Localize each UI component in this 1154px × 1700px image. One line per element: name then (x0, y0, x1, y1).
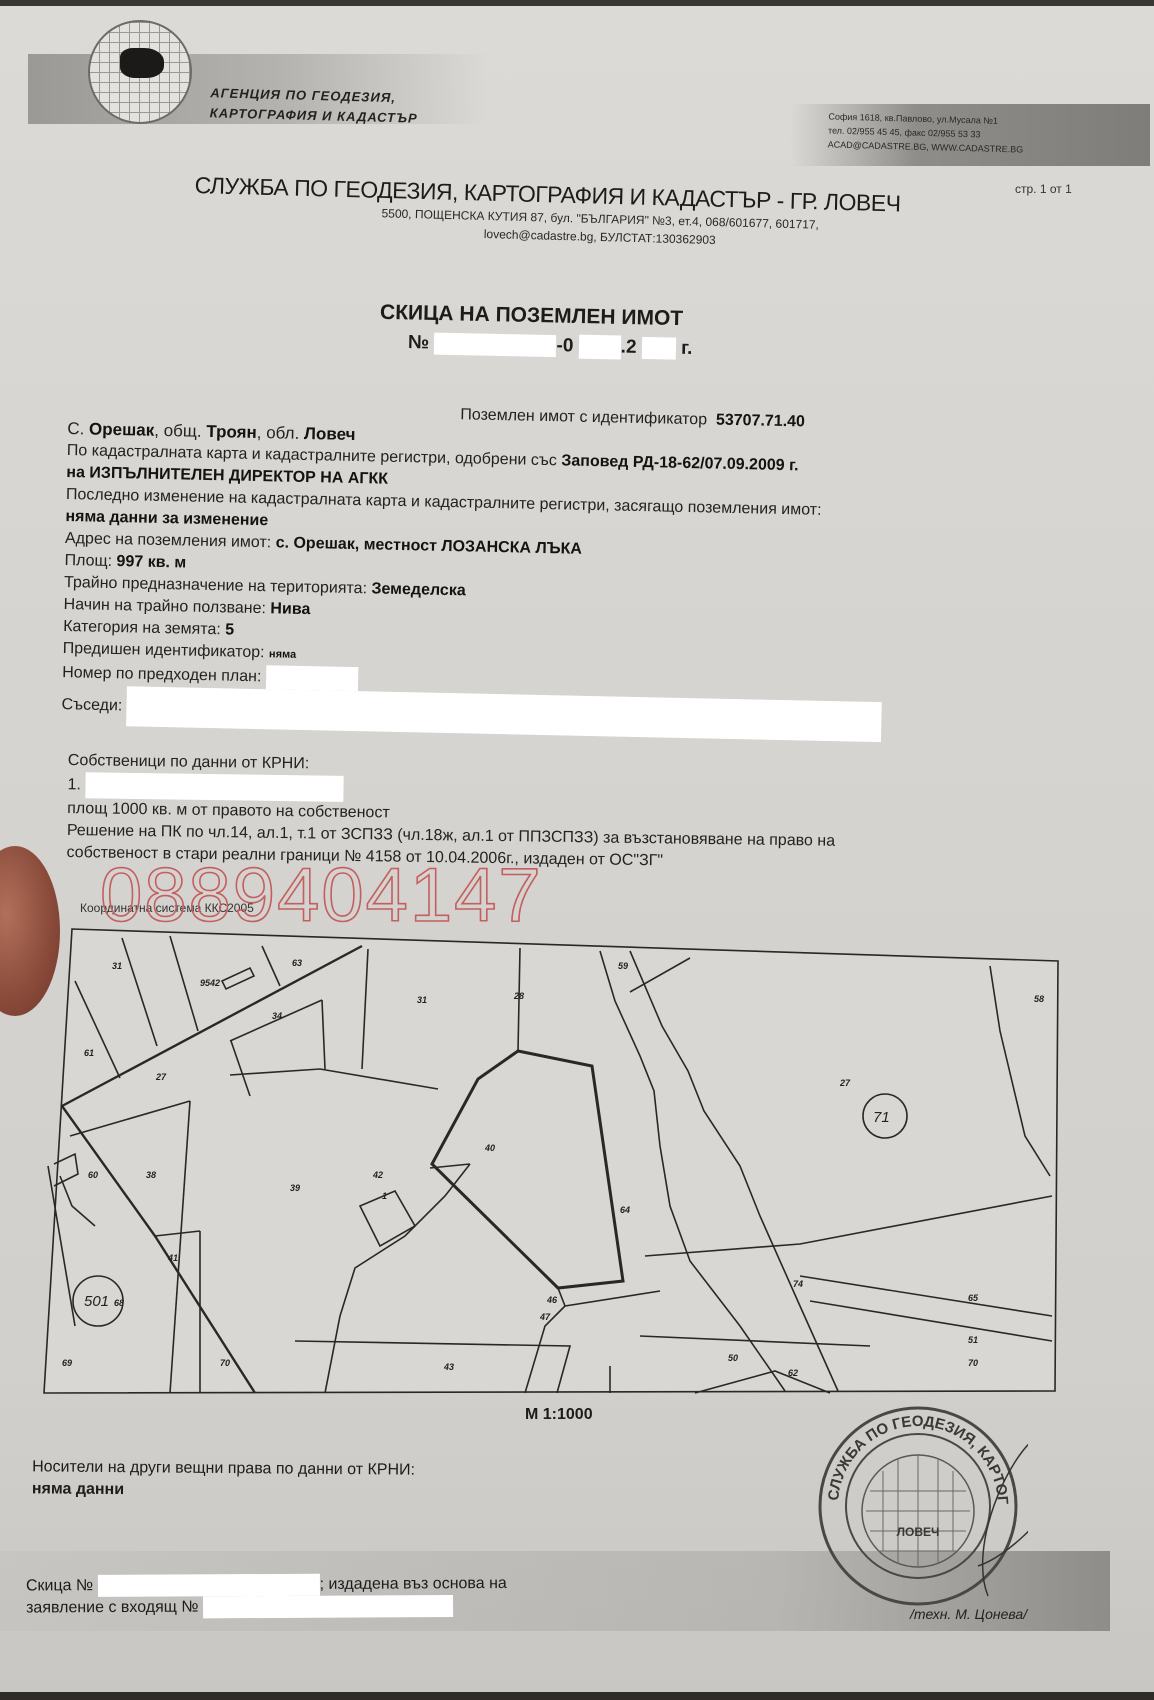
redaction (266, 665, 358, 691)
svg-text:ЛОВЕЧ: ЛОВЕЧ (897, 1525, 940, 1539)
svg-text:27: 27 (839, 1078, 851, 1088)
svg-text:42: 42 (372, 1170, 383, 1180)
signatory: /техн. М. Цонева/ (910, 1606, 1027, 1622)
svg-text:64: 64 (620, 1205, 630, 1215)
svg-text:71: 71 (873, 1109, 890, 1126)
official-stamp: СЛУЖБА ПО ГЕОДЕЗИЯ, КАРТОГРАФИЯ И КАДАСТ… (808, 1396, 1028, 1616)
svg-text:9542: 9542 (200, 978, 220, 988)
sketch-footer: Скица № ; издадена въз основа на заявлен… (26, 1573, 507, 1620)
agency-contact: София 1618, кв.Павлово, ул.Мусала №1 тел… (827, 109, 1024, 156)
redaction (85, 772, 343, 802)
document-number: № -0 .2 г. (408, 331, 693, 361)
svg-text:70: 70 (968, 1358, 978, 1368)
redaction (642, 337, 676, 360)
svg-text:501: 501 (84, 1293, 109, 1310)
svg-text:51: 51 (968, 1335, 978, 1345)
svg-text:40: 40 (484, 1143, 495, 1153)
document-page: АГЕНЦИЯ ПО ГЕОДЕЗИЯ, КАРТОГРАФИЯ И КАДАС… (0, 6, 1154, 1696)
svg-text:39: 39 (290, 1183, 300, 1193)
document-title: СКИЦА НА ПОЗЕМЛЕН ИМОТ (380, 301, 684, 331)
svg-text:74: 74 (793, 1279, 803, 1289)
svg-text:69: 69 (62, 1358, 72, 1368)
svg-text:60: 60 (88, 1170, 98, 1180)
svg-text:47: 47 (539, 1312, 551, 1322)
identifier-value: 53707.71.40 (716, 412, 805, 431)
cadastral-map: 31 9542 63 31 28 59 58 61 27 34 27 38 39… (40, 906, 1070, 1406)
page-indicator: стр. 1 от 1 (1015, 182, 1072, 196)
redaction (203, 1595, 453, 1618)
svg-text:43: 43 (443, 1362, 454, 1372)
svg-text:27: 27 (155, 1072, 167, 1082)
svg-text:61: 61 (84, 1048, 94, 1058)
svg-text:28: 28 (513, 991, 524, 1001)
svg-text:34: 34 (272, 1011, 282, 1021)
map-scale: М 1:1000 (525, 1406, 593, 1424)
other-rights: Носители на други вещни права по данни о… (32, 1456, 415, 1503)
svg-text:38: 38 (146, 1170, 156, 1180)
svg-text:46: 46 (546, 1295, 558, 1305)
svg-text:65: 65 (968, 1293, 979, 1303)
svg-text:58: 58 (1034, 994, 1044, 1004)
redaction (434, 333, 556, 358)
svg-text:31: 31 (112, 961, 122, 971)
svg-text:31: 31 (417, 995, 427, 1005)
agency-name: АГЕНЦИЯ ПО ГЕОДЕЗИЯ, КАРТОГРАФИЯ И КАДАС… (210, 83, 419, 128)
svg-text:62: 62 (788, 1368, 798, 1378)
agency-globe-logo-icon (88, 20, 192, 124)
svg-text:63: 63 (292, 958, 302, 968)
redaction (98, 1574, 320, 1597)
svg-text:70: 70 (220, 1358, 230, 1368)
svg-text:41: 41 (167, 1253, 178, 1263)
redaction (578, 335, 620, 360)
svg-text:50: 50 (728, 1353, 738, 1363)
bottom-edge (0, 1692, 1154, 1700)
svg-text:1: 1 (382, 1191, 387, 1201)
svg-text:59: 59 (618, 961, 628, 971)
property-details: Поземлен имот с идентификатор 53707.71.4… (61, 396, 1078, 746)
